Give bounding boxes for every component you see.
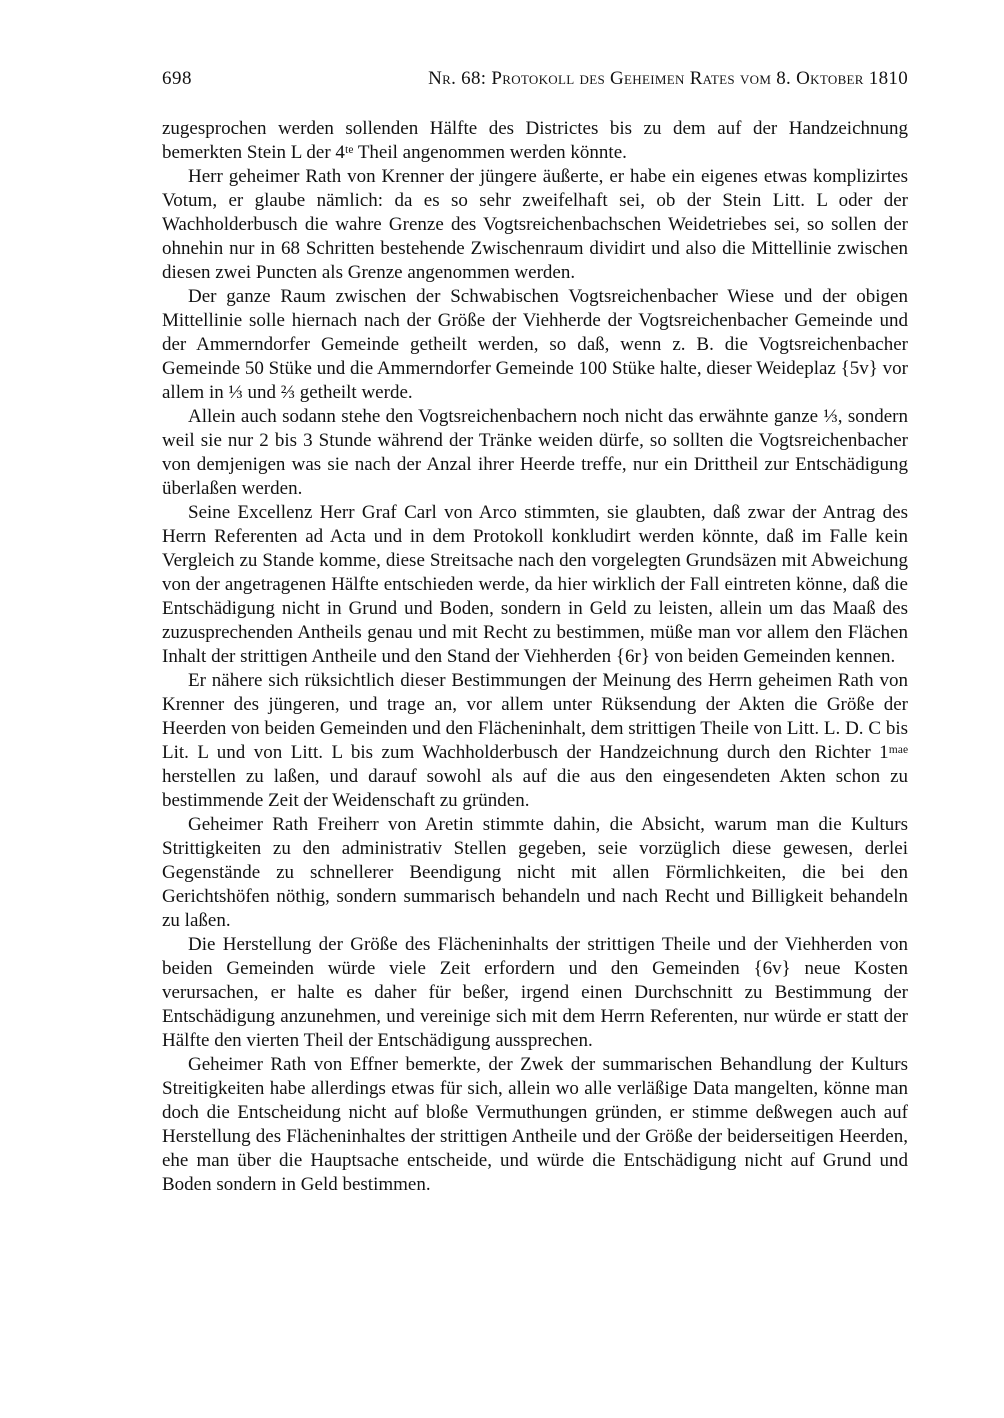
page-header: 698 Nr. 68: Protokoll des Geheimen Rates… (162, 68, 908, 90)
paragraph: Geheimer Rath von Effner bemerkte, der Z… (162, 1053, 908, 1197)
body-text: zugesprochen werden sollenden Hälfte des… (162, 117, 908, 1197)
paragraph: zugesprochen werden sollenden Hälfte des… (162, 117, 908, 165)
page-number: 698 (162, 68, 192, 90)
running-header: Nr. 68: Protokoll des Geheimen Rates vom… (428, 68, 908, 90)
paragraph: Seine Excellenz Herr Graf Carl von Arco … (162, 501, 908, 669)
document-page: 698 Nr. 68: Protokoll des Geheimen Rates… (0, 0, 1004, 1418)
paragraph: Die Herstellung der Größe des Flächeninh… (162, 933, 908, 1053)
paragraph: Geheimer Rath Freiherr von Aretin stimmt… (162, 813, 908, 933)
text-block: 698 Nr. 68: Protokoll des Geheimen Rates… (162, 68, 908, 1197)
paragraph: Der ganze Raum zwischen der Schwabischen… (162, 285, 908, 405)
paragraph: Er nähere sich rüksichtlich dieser Besti… (162, 669, 908, 813)
paragraph: Allein auch sodann stehe den Vogtsreiche… (162, 405, 908, 501)
paragraph: Herr geheimer Rath von Krenner der jünge… (162, 165, 908, 285)
